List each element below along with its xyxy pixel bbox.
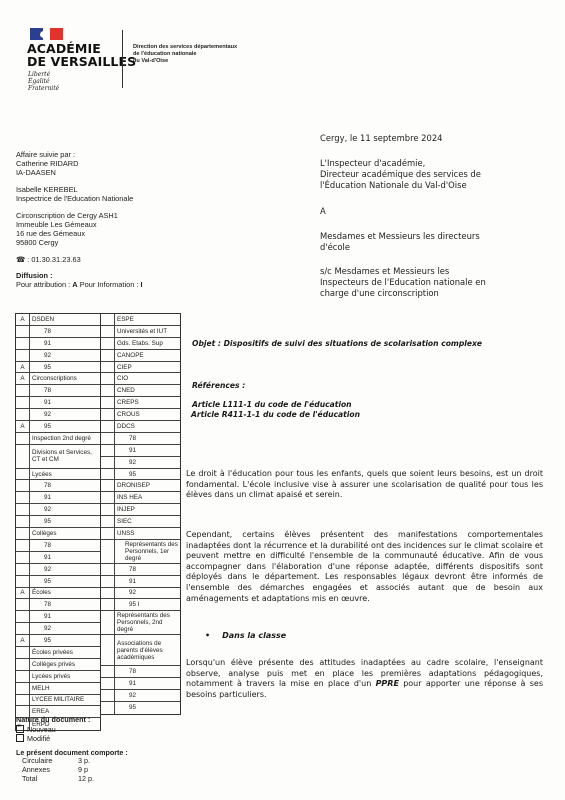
diffusion-mark <box>16 504 30 515</box>
diffusion-label: Universités et IUT <box>115 326 180 337</box>
service-name: Direction des services départementaux de… <box>133 44 237 64</box>
diffusion-row: A95 <box>16 635 100 647</box>
person2-name: Isabelle KEREBEL <box>16 185 143 194</box>
diffusion-label: 78 <box>115 666 180 677</box>
diffusion-label: 92 <box>115 588 180 599</box>
reference-item: Article R411-1-1 du code de l'éducation <box>191 410 360 420</box>
diffusion-column-right: ESPEUniversités et IUTGds. Etabs. SupCAN… <box>101 313 181 715</box>
diffusion-label: Gds. Etabs. Sup <box>115 338 180 349</box>
diffusion-mark <box>16 659 30 670</box>
diffusion-label: CIO <box>115 373 180 384</box>
diffusion-label: CNED <box>115 385 180 396</box>
diffusion-mark <box>101 599 115 610</box>
paragraph-1: Le droit à l'éducation pour tous les enf… <box>186 469 543 501</box>
paragraph-text: Lorsqu'un élève présente des attitudes i… <box>186 658 543 700</box>
diffusion-label: Collèges privés <box>30 659 100 670</box>
diffusion-mark <box>101 564 115 575</box>
diffusion-row: 92 <box>16 350 100 362</box>
diffusion-mark <box>16 492 30 503</box>
diffusion-row: INJEP <box>101 504 180 516</box>
place-date: Cergy, le 11 septembre 2024 <box>320 133 442 144</box>
diffusion-label: UNSS <box>115 528 180 539</box>
bullet-heading-text: Dans la classe <box>222 631 286 640</box>
devise-fraternite: Fraternité <box>28 85 59 92</box>
devise: Liberté Égalité Fraternité <box>28 71 59 92</box>
diffusion-label: 91 <box>115 445 180 456</box>
diffusion-mark <box>101 666 115 677</box>
diffusion-mark <box>16 647 30 658</box>
diffusion-mark <box>101 421 115 432</box>
diffusion-label: 78 <box>115 433 180 444</box>
diffusion-row: Collèges <box>16 528 100 540</box>
diffusion-mark <box>101 350 115 361</box>
sender-title-line: l'Éducation Nationale du Val-d'Oise <box>320 180 481 191</box>
nature-option-label: Nouveau <box>27 725 56 734</box>
diffusion-row: Universités et IUT <box>101 326 180 338</box>
diffusion-label: Représentants des Personnels, 2nd degré <box>115 611 180 634</box>
diffusion-mark <box>101 492 115 503</box>
diffusion-label: 78 <box>30 540 100 551</box>
legend-attribution-label: Pour attribution : <box>16 280 72 289</box>
diffusion-mark <box>101 433 115 444</box>
diffusion-mark <box>101 540 115 563</box>
diffusion-label: 92 <box>115 690 180 701</box>
sender-title-line: L'Inspecteur d'académie, <box>320 158 481 169</box>
diffusion-mark <box>101 588 115 599</box>
diffusion-label: 95 <box>30 635 100 646</box>
paragraph-2: Cependant, certains élèves présentent de… <box>186 530 543 604</box>
diffusion-row: 78 <box>101 433 180 445</box>
diffusion-label: Écoles <box>30 588 100 599</box>
diffusion-row: DRONISEP <box>101 480 180 492</box>
diffusion-row: CIEP <box>101 362 180 374</box>
person2-role: Inspectrice de l'Education Nationale <box>16 194 143 203</box>
diffusion-row: 92 <box>16 564 100 576</box>
diffusion-row: 95 <box>16 516 100 528</box>
bullet-heading: •Dans la classe <box>205 631 286 640</box>
diffusion-row: ACirconscriptions <box>16 373 100 385</box>
diffusion-row: 78 <box>16 540 100 552</box>
checkbox-unchecked-icon <box>16 734 24 742</box>
diffusion-row: CNED <box>101 385 180 397</box>
diffusion-mark <box>16 599 30 610</box>
references: Références : Article L111-1 du code de l… <box>192 381 360 420</box>
suivie-label: Affaire suivie par : <box>16 150 143 159</box>
diffusion-mark <box>101 635 115 665</box>
diffusion-row: Associations de parents d'élèves académi… <box>101 635 180 666</box>
diffusion-row: 95 <box>16 576 100 588</box>
bullet-icon: • <box>205 631 210 640</box>
diffusion-mark <box>16 480 30 491</box>
sender-title-line: Directeur académique des services de <box>320 169 481 180</box>
diffusion-label: 95 <box>30 362 100 373</box>
diffusion-label: Circonscriptions <box>30 373 100 384</box>
diffusion-row: 91 <box>101 678 180 690</box>
service-line-1: Direction des services départementaux <box>133 44 237 51</box>
diffusion-mark <box>16 552 30 563</box>
diffusion-row: 91 <box>16 492 100 504</box>
sous-couvert: s/c Mesdames et Messieurs les Inspecteur… <box>320 266 486 299</box>
address-line-2: Immeuble Les Gémeaux <box>16 220 143 229</box>
diffusion-label: 91 <box>30 492 100 503</box>
diffusion-row: 78 <box>16 326 100 338</box>
diffusion-legend: Pour attribution : A Pour Information : … <box>16 280 143 289</box>
diffusion-mark <box>101 504 115 515</box>
to-label: A <box>320 206 326 217</box>
diffusion-row: Lycées <box>16 469 100 481</box>
diffusion-row: Collèges privés <box>16 659 100 671</box>
diffusion-row: ESPE <box>101 314 180 326</box>
diffusion-label: SIEC <box>115 516 180 527</box>
recipient-line: d'école <box>320 242 480 253</box>
diffusion-row: Inspection 2nd degré <box>16 433 100 445</box>
diffusion-label: 91 <box>30 338 100 349</box>
diffusion-row: 92 <box>101 690 180 702</box>
diffusion-row: CROUS <box>101 409 180 421</box>
diffusion-row: 91 <box>16 338 100 350</box>
phone-line: ☎ : 01.30.31.23.63 <box>16 255 143 264</box>
diffusion-mark <box>101 611 115 634</box>
diffusion-label: CANOPE <box>115 350 180 361</box>
diffusion-mark <box>16 683 30 694</box>
diffusion-row: A95 <box>16 362 100 374</box>
diffusion-row: AÉcoles <box>16 588 100 600</box>
diffusion-label: 78 <box>30 385 100 396</box>
diffusion-label: Lycées <box>30 469 100 480</box>
diffusion-row: 78 <box>16 599 100 611</box>
diffusion-mark <box>101 445 115 456</box>
diffusion-row: 91 <box>16 397 100 409</box>
diffusion-mark <box>16 623 30 634</box>
diffusion-row: 92 <box>16 504 100 516</box>
diffusion-mark <box>101 678 115 689</box>
diffusion-label: 95 <box>30 516 100 527</box>
sender-title: L'Inspecteur d'académie, Directeur acadé… <box>320 158 481 191</box>
paragraph-3: Lorsqu'un élève présente des attitudes i… <box>186 658 543 700</box>
diffusion-row: 92 <box>101 457 180 469</box>
diffusion-mark <box>101 576 115 587</box>
diffusion-mark <box>101 457 115 468</box>
composition-value: 12 p. <box>78 775 118 784</box>
paragraph-text: Cependant, certains élèves présentent de… <box>186 530 543 604</box>
diffusion-row: 78 <box>101 564 180 576</box>
references-title: Références : <box>192 381 360 391</box>
diffusion-row: ADSDEN <box>16 314 100 326</box>
diffusion-label: CREPS <box>115 397 180 408</box>
diffusion-row: Écoles privées <box>16 647 100 659</box>
diffusion-label: 95 <box>30 576 100 587</box>
diffusion-label: Inspection 2nd degré <box>30 433 100 444</box>
address-line-1: Circonscription de Cergy ASH1 <box>16 211 143 220</box>
diffusion-row: 92 <box>16 623 100 635</box>
devise-egalite: Égalité <box>28 78 59 85</box>
diffusion-row: 78 <box>16 385 100 397</box>
telephone-icon: ☎ <box>16 255 25 264</box>
diffusion-mark: A <box>16 314 30 325</box>
diffusion-row: CANOPE <box>101 350 180 362</box>
service-line-2: de l'éducation nationale <box>133 51 237 58</box>
diffusion-row: Gds. Etabs. Sup <box>101 338 180 350</box>
diffusion-mark <box>101 469 115 480</box>
logo-line-2: DE VERSAILLES <box>27 55 136 68</box>
sc-line: Inspecteurs de l'Education nationale en <box>320 277 486 288</box>
diffusion-mark <box>16 445 30 468</box>
diffusion-mark: A <box>16 421 30 432</box>
composition-label: Total <box>22 775 78 784</box>
diffusion-label: 95 <box>30 421 100 432</box>
diffusion-mark <box>101 373 115 384</box>
diffusion-label: 92 <box>115 457 180 468</box>
paragraph-text: Le droit à l'éducation pour tous les enf… <box>186 469 543 501</box>
nature-option-nouveau: Nouveau <box>16 725 128 735</box>
diffusion-mark <box>101 314 115 325</box>
person1-role: IA-DAASEN <box>16 168 143 177</box>
diffusion-row: 91 <box>16 611 100 623</box>
document-nature: Nature du document : Nouveau Modifié Le … <box>16 716 128 783</box>
diffusion-label: 92 <box>30 350 100 361</box>
legend-i: I <box>141 280 143 289</box>
checkbox-checked-icon <box>16 725 24 733</box>
diffusion-row: 78 <box>101 666 180 678</box>
diffusion-mark: A <box>16 373 30 384</box>
diffusion-label: 78 <box>30 599 100 610</box>
recipients: Mesdames et Messieurs les directeurs d'é… <box>320 231 480 253</box>
diffusion-row: INS HEA <box>101 492 180 504</box>
diffusion-row: 92 <box>101 588 180 600</box>
diffusion-mark <box>16 338 30 349</box>
diffusion-mark <box>16 671 30 682</box>
diffusion-row: 78 <box>16 480 100 492</box>
diffusion-row: Lycées privés <box>16 671 100 683</box>
diffusion-label: MELH <box>30 683 100 694</box>
sc-line: s/c Mesdames et Messieurs les <box>320 266 486 277</box>
diffusion-label: 92 <box>30 623 100 634</box>
diffusion-row: 91 <box>16 552 100 564</box>
diffusion-mark <box>101 326 115 337</box>
diffusion-label: 78 <box>30 326 100 337</box>
diffusion-row: MELH <box>16 683 100 695</box>
diffusion-label: DSDEN <box>30 314 100 325</box>
diffusion-mark <box>101 516 115 527</box>
header-separator <box>122 30 123 88</box>
address-line-4: 95800 Cergy <box>16 238 143 247</box>
devise-liberte: Liberté <box>28 71 59 78</box>
diffusion-row: SIEC <box>101 516 180 528</box>
diffusion-row: 95 I <box>101 599 180 611</box>
sc-line: charge d'une circonscription <box>320 288 486 299</box>
diffusion-label: Divisions et Services, CT et CM <box>30 445 100 468</box>
diffusion-row: Représentants des Personnels, 1er degré <box>101 540 180 564</box>
diffusion-label: 95 <box>115 702 180 714</box>
diffusion-mark <box>101 338 115 349</box>
diffusion-mark <box>101 409 115 420</box>
diffusion-label: 78 <box>115 564 180 575</box>
diffusion-row: CIO <box>101 373 180 385</box>
diffusion-mark <box>16 350 30 361</box>
diffusion-label: LYCEE MILITAIRE <box>30 695 100 706</box>
diffusion-mark <box>101 528 115 539</box>
diffusion-row: CREPS <box>101 397 180 409</box>
diffusion-row: 91 <box>101 445 180 457</box>
diffusion-label: 92 <box>30 504 100 515</box>
sender-block: Affaire suivie par : Catherine RIDARD IA… <box>16 150 143 289</box>
diffusion-mark <box>101 702 115 714</box>
composition-list: Circulaire3 p. Annexes9 p Total12 p. <box>16 757 128 783</box>
diffusion-row: Divisions et Services, CT et CM <box>16 445 100 469</box>
diffusion-mark <box>16 540 30 551</box>
diffusion-label: Collèges <box>30 528 100 539</box>
diffusion-mark: A <box>16 362 30 373</box>
address-line-3: 16 rue des Gémeaux <box>16 229 143 238</box>
diffusion-mark <box>16 611 30 622</box>
diffusion-row: 92 <box>16 409 100 421</box>
diffusion-mark <box>16 576 30 587</box>
diffusion-row: 95 <box>101 469 180 481</box>
diffusion-mark: A <box>16 635 30 646</box>
diffusion-label: 91 <box>115 678 180 689</box>
diffusion-label: 92 <box>30 409 100 420</box>
diffusion-label: 91 <box>115 576 180 587</box>
diffusion-mark <box>101 362 115 373</box>
diffusion-mark <box>16 695 30 706</box>
diffusion-row: Représentants des Personnels, 2nd degré <box>101 611 180 635</box>
diffusion-row: UNSS <box>101 528 180 540</box>
diffusion-label: 91 <box>30 552 100 563</box>
nature-title: Nature du document : <box>16 716 128 725</box>
diffusion-label: CIEP <box>115 362 180 373</box>
diffusion-label: ESPE <box>115 314 180 325</box>
diffusion-label: DRONISEP <box>115 480 180 491</box>
diffusion-title: Diffusion : <box>16 271 143 280</box>
person1-name: Catherine RIDARD <box>16 159 143 168</box>
nature-option-modifie: Modifié <box>16 734 128 744</box>
diffusion-mark <box>16 433 30 444</box>
diffusion-mark <box>101 480 115 491</box>
ppre-term: PPRE <box>376 679 399 688</box>
diffusion-label: 95 <box>115 469 180 480</box>
diffusion-label: Associations de parents d'élèves académi… <box>115 635 180 665</box>
diffusion-label: Lycées privés <box>30 671 100 682</box>
diffusion-label: INJEP <box>115 504 180 515</box>
diffusion-label: 92 <box>30 564 100 575</box>
letter-subject: Objet : Dispositifs de suivi des situati… <box>192 339 482 348</box>
nature-option-label: Modifié <box>27 734 50 743</box>
marianne-flag-icon <box>30 28 64 40</box>
diffusion-column-left: ADSDEN789192A95ACirconscriptions789192A9… <box>15 313 101 731</box>
phone-number: : 01.30.31.23.63 <box>27 255 80 264</box>
diffusion-row: 91 <box>101 576 180 588</box>
diffusion-mark: A <box>16 588 30 599</box>
diffusion-mark <box>16 409 30 420</box>
diffusion-mark <box>16 397 30 408</box>
diffusion-mark <box>16 516 30 527</box>
diffusion-mark <box>16 385 30 396</box>
diffusion-mark <box>16 326 30 337</box>
diffusion-row: DDCS <box>101 421 180 433</box>
reference-item: Article L111-1 du code de l'éducation <box>192 400 360 410</box>
diffusion-label: 78 <box>30 480 100 491</box>
diffusion-row: LYCEE MILITAIRE <box>16 695 100 707</box>
diffusion-mark <box>16 528 30 539</box>
diffusion-row: 95 <box>101 702 180 714</box>
diffusion-label: DDCS <box>115 421 180 432</box>
diffusion-mark <box>16 564 30 575</box>
diffusion-mark <box>16 469 30 480</box>
diffusion-mark <box>101 385 115 396</box>
diffusion-mark <box>101 690 115 701</box>
diffusion-label: CROUS <box>115 409 180 420</box>
legend-information-label: Pour Information : <box>78 280 141 289</box>
diffusion-row: A95 <box>16 421 100 433</box>
diffusion-label: Écoles privées <box>30 647 100 658</box>
diffusion-mark <box>101 397 115 408</box>
academie-logo-text: ACADÉMIE DE VERSAILLES <box>27 42 136 68</box>
recipient-line: Mesdames et Messieurs les directeurs <box>320 231 480 242</box>
diffusion-label: INS HEA <box>115 492 180 503</box>
diffusion-label: Représentants des Personnels, 1er degré <box>115 540 180 563</box>
service-line-3: du Val-d'Oise <box>133 58 237 65</box>
diffusion-label: 91 <box>30 611 100 622</box>
diffusion-label: 91 <box>30 397 100 408</box>
diffusion-label: 95 I <box>115 599 180 610</box>
